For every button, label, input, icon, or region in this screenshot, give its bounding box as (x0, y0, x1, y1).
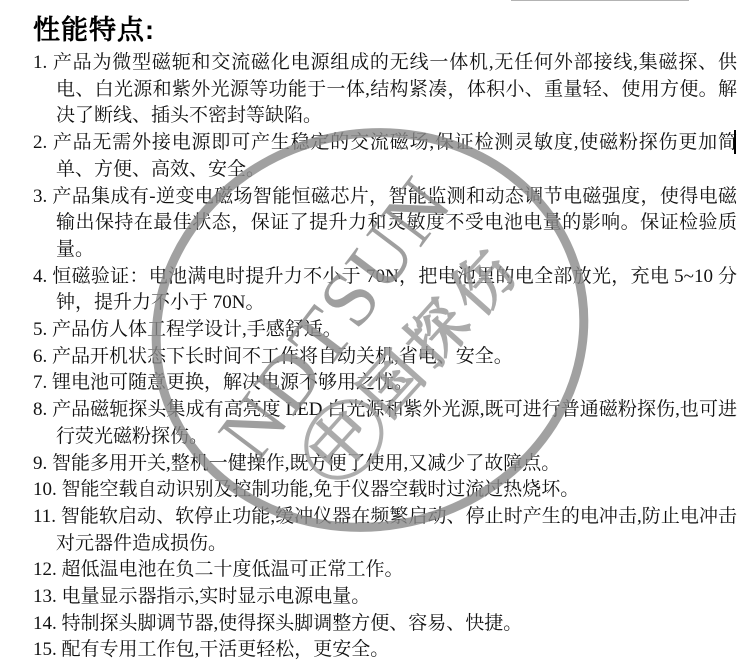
feature-item[interactable]: 13. 电量显示器指示,实时显示电源电量。 (33, 584, 737, 611)
feature-item[interactable]: 4. 恒磁验证：电池满电时提升力不小于 70N，把电池里的电全部放光，充电 5~… (33, 264, 737, 317)
feature-item[interactable]: 12. 超低温电池在负二十度低温可正常工作。 (33, 557, 737, 584)
page-title: 性能特点: (33, 8, 155, 47)
feature-text: 特制探头脚调节器,使得探头脚调整方便、容易、快捷。 (62, 613, 523, 634)
top-border-rule (511, 0, 689, 1)
feature-number: 15. (33, 639, 57, 660)
feature-number: 2. (33, 132, 47, 153)
feature-text: 智能软启动、软停止功能,缓冲仪器在频繁启动、停止时产生的电冲击,防止电冲击对元器… (56, 506, 737, 554)
feature-text: 产品磁轭探头集成有高亮度 LED 白光源和紫外光源,既可进行普通磁粉探伤,也可进… (52, 399, 737, 447)
feature-text: 产品集成有-逆变电磁场智能恒磁芯片，智能监测和动态调节电磁强度，使得电磁输出保持… (52, 186, 737, 260)
feature-text: 配有专用工作包,干活更轻松，更安全。 (62, 639, 390, 660)
feature-item[interactable]: 3. 产品集成有-逆变电磁场智能恒磁芯片，智能监测和动态调节电磁强度，使得电磁输… (33, 184, 737, 264)
feature-number: 5. (33, 319, 47, 340)
feature-item[interactable]: 15. 配有专用工作包,干活更轻松，更安全。 (33, 637, 737, 664)
feature-number: 13. (33, 586, 57, 607)
feature-number: 8. (33, 399, 47, 420)
document-page[interactable]: { "title": "性能特点:", "features": [ {"num"… (0, 0, 756, 671)
feature-number: 14. (33, 613, 57, 634)
feature-item[interactable]: 14. 特制探头脚调节器,使得探头脚调整方便、容易、快捷。 (33, 611, 737, 638)
feature-text: 产品开机状态下长时间不工作将自动关机,省电、安全。 (52, 346, 513, 367)
text-caret (734, 130, 736, 154)
feature-text: 智能空载自动识别及控制功能,免于仪器空载时过流过热烧坏。 (62, 479, 580, 500)
feature-text: 产品仿人体工程学设计,手感舒适。 (52, 319, 342, 340)
feature-number: 9. (33, 453, 47, 474)
feature-text: 产品无需外接电源即可产生稳定的交流磁场,保证检测灵敏度,使磁粉探伤更加简单、方便… (53, 132, 737, 180)
feature-number: 1. (33, 52, 47, 73)
feature-text: 锂电池可随意更换，解决电源不够用之忧。 (52, 372, 413, 393)
feature-number: 7. (33, 372, 47, 393)
feature-text: 恒磁验证：电池满电时提升力不小于 70N，把电池里的电全部放光，充电 5~10 … (52, 266, 737, 314)
feature-item[interactable]: 1. 产品为微型磁轭和交流磁化电源组成的无线一体机,无任何外部接线,集磁探、供电… (33, 50, 737, 130)
feature-item[interactable]: 6. 产品开机状态下长时间不工作将自动关机,省电、安全。 (33, 344, 737, 371)
feature-text: 产品为微型磁轭和交流磁化电源组成的无线一体机,无任何外部接线,集磁探、供电、白光… (53, 52, 737, 126)
feature-number: 6. (33, 346, 47, 367)
feature-number: 11. (33, 506, 56, 527)
feature-number: 10. (33, 479, 57, 500)
feature-number: 12. (33, 559, 57, 580)
feature-item[interactable]: 5. 产品仿人体工程学设计,手感舒适。 (33, 317, 737, 344)
feature-text: 智能多用开关,整机一健操作,既方便了使用,又减少了故障点。 (52, 453, 560, 474)
feature-item[interactable]: 8. 产品磁轭探头集成有高亮度 LED 白光源和紫外光源,既可进行普通磁粉探伤,… (33, 397, 737, 450)
feature-number: 3. (33, 186, 47, 207)
feature-text: 电量显示器指示,实时显示电源电量。 (62, 586, 371, 607)
feature-item[interactable]: 9. 智能多用开关,整机一健操作,既方便了使用,又减少了故障点。 (33, 451, 737, 478)
feature-number: 4. (33, 266, 47, 287)
feature-item[interactable]: 11. 智能软启动、软停止功能,缓冲仪器在频繁启动、停止时产生的电冲击,防止电冲… (33, 504, 737, 557)
feature-item[interactable]: 10. 智能空载自动识别及控制功能,免于仪器空载时过流过热烧坏。 (33, 477, 737, 504)
feature-item[interactable]: 2. 产品无需外接电源即可产生稳定的交流磁场,保证检测灵敏度,使磁粉探伤更加简单… (33, 130, 737, 183)
feature-text: 超低温电池在负二十度低温可正常工作。 (62, 559, 404, 580)
feature-list: 1. 产品为微型磁轭和交流磁化电源组成的无线一体机,无任何外部接线,集磁探、供电… (33, 50, 737, 664)
feature-item[interactable]: 7. 锂电池可随意更换，解决电源不够用之忧。 (33, 370, 737, 397)
